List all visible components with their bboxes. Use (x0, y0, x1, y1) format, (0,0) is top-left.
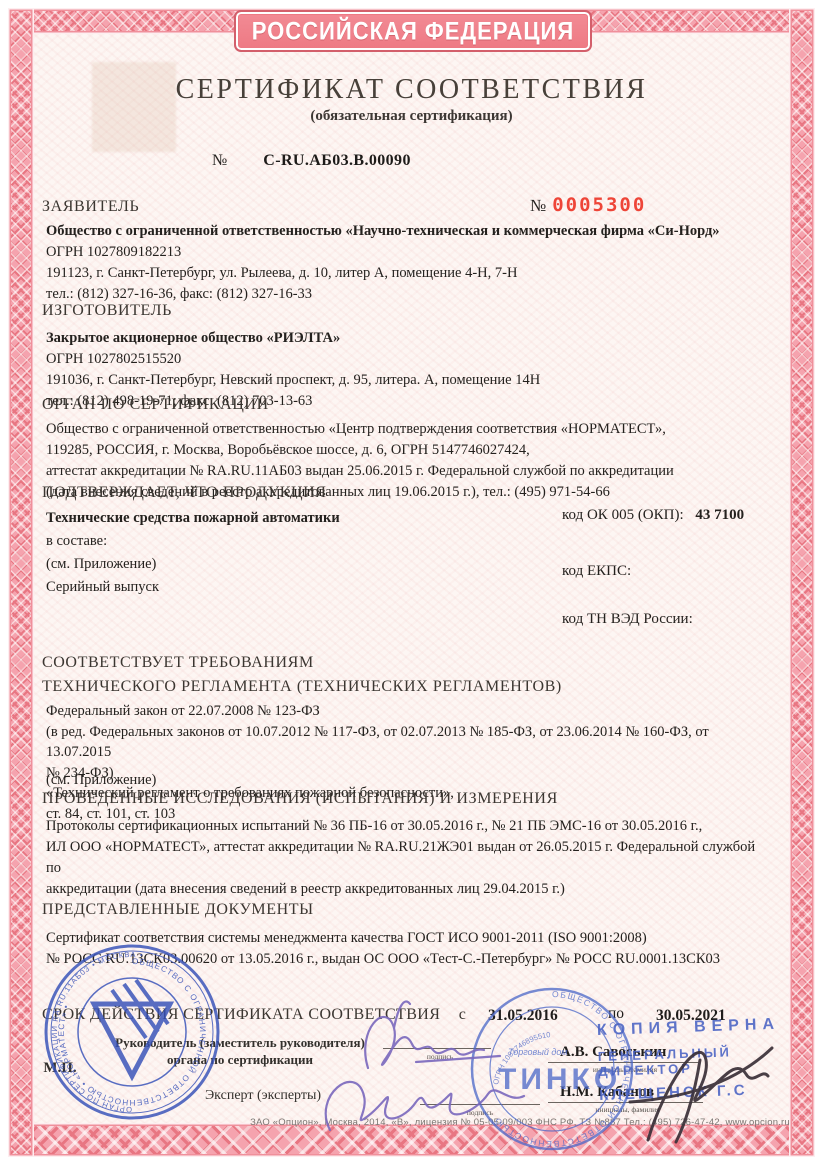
certificate-page: РОССИЙСКАЯ ФЕДЕРАЦИЯ СЕРТИФИКАТ СООТВЕТС… (0, 0, 823, 1165)
signatures-overlay (0, 0, 823, 1165)
